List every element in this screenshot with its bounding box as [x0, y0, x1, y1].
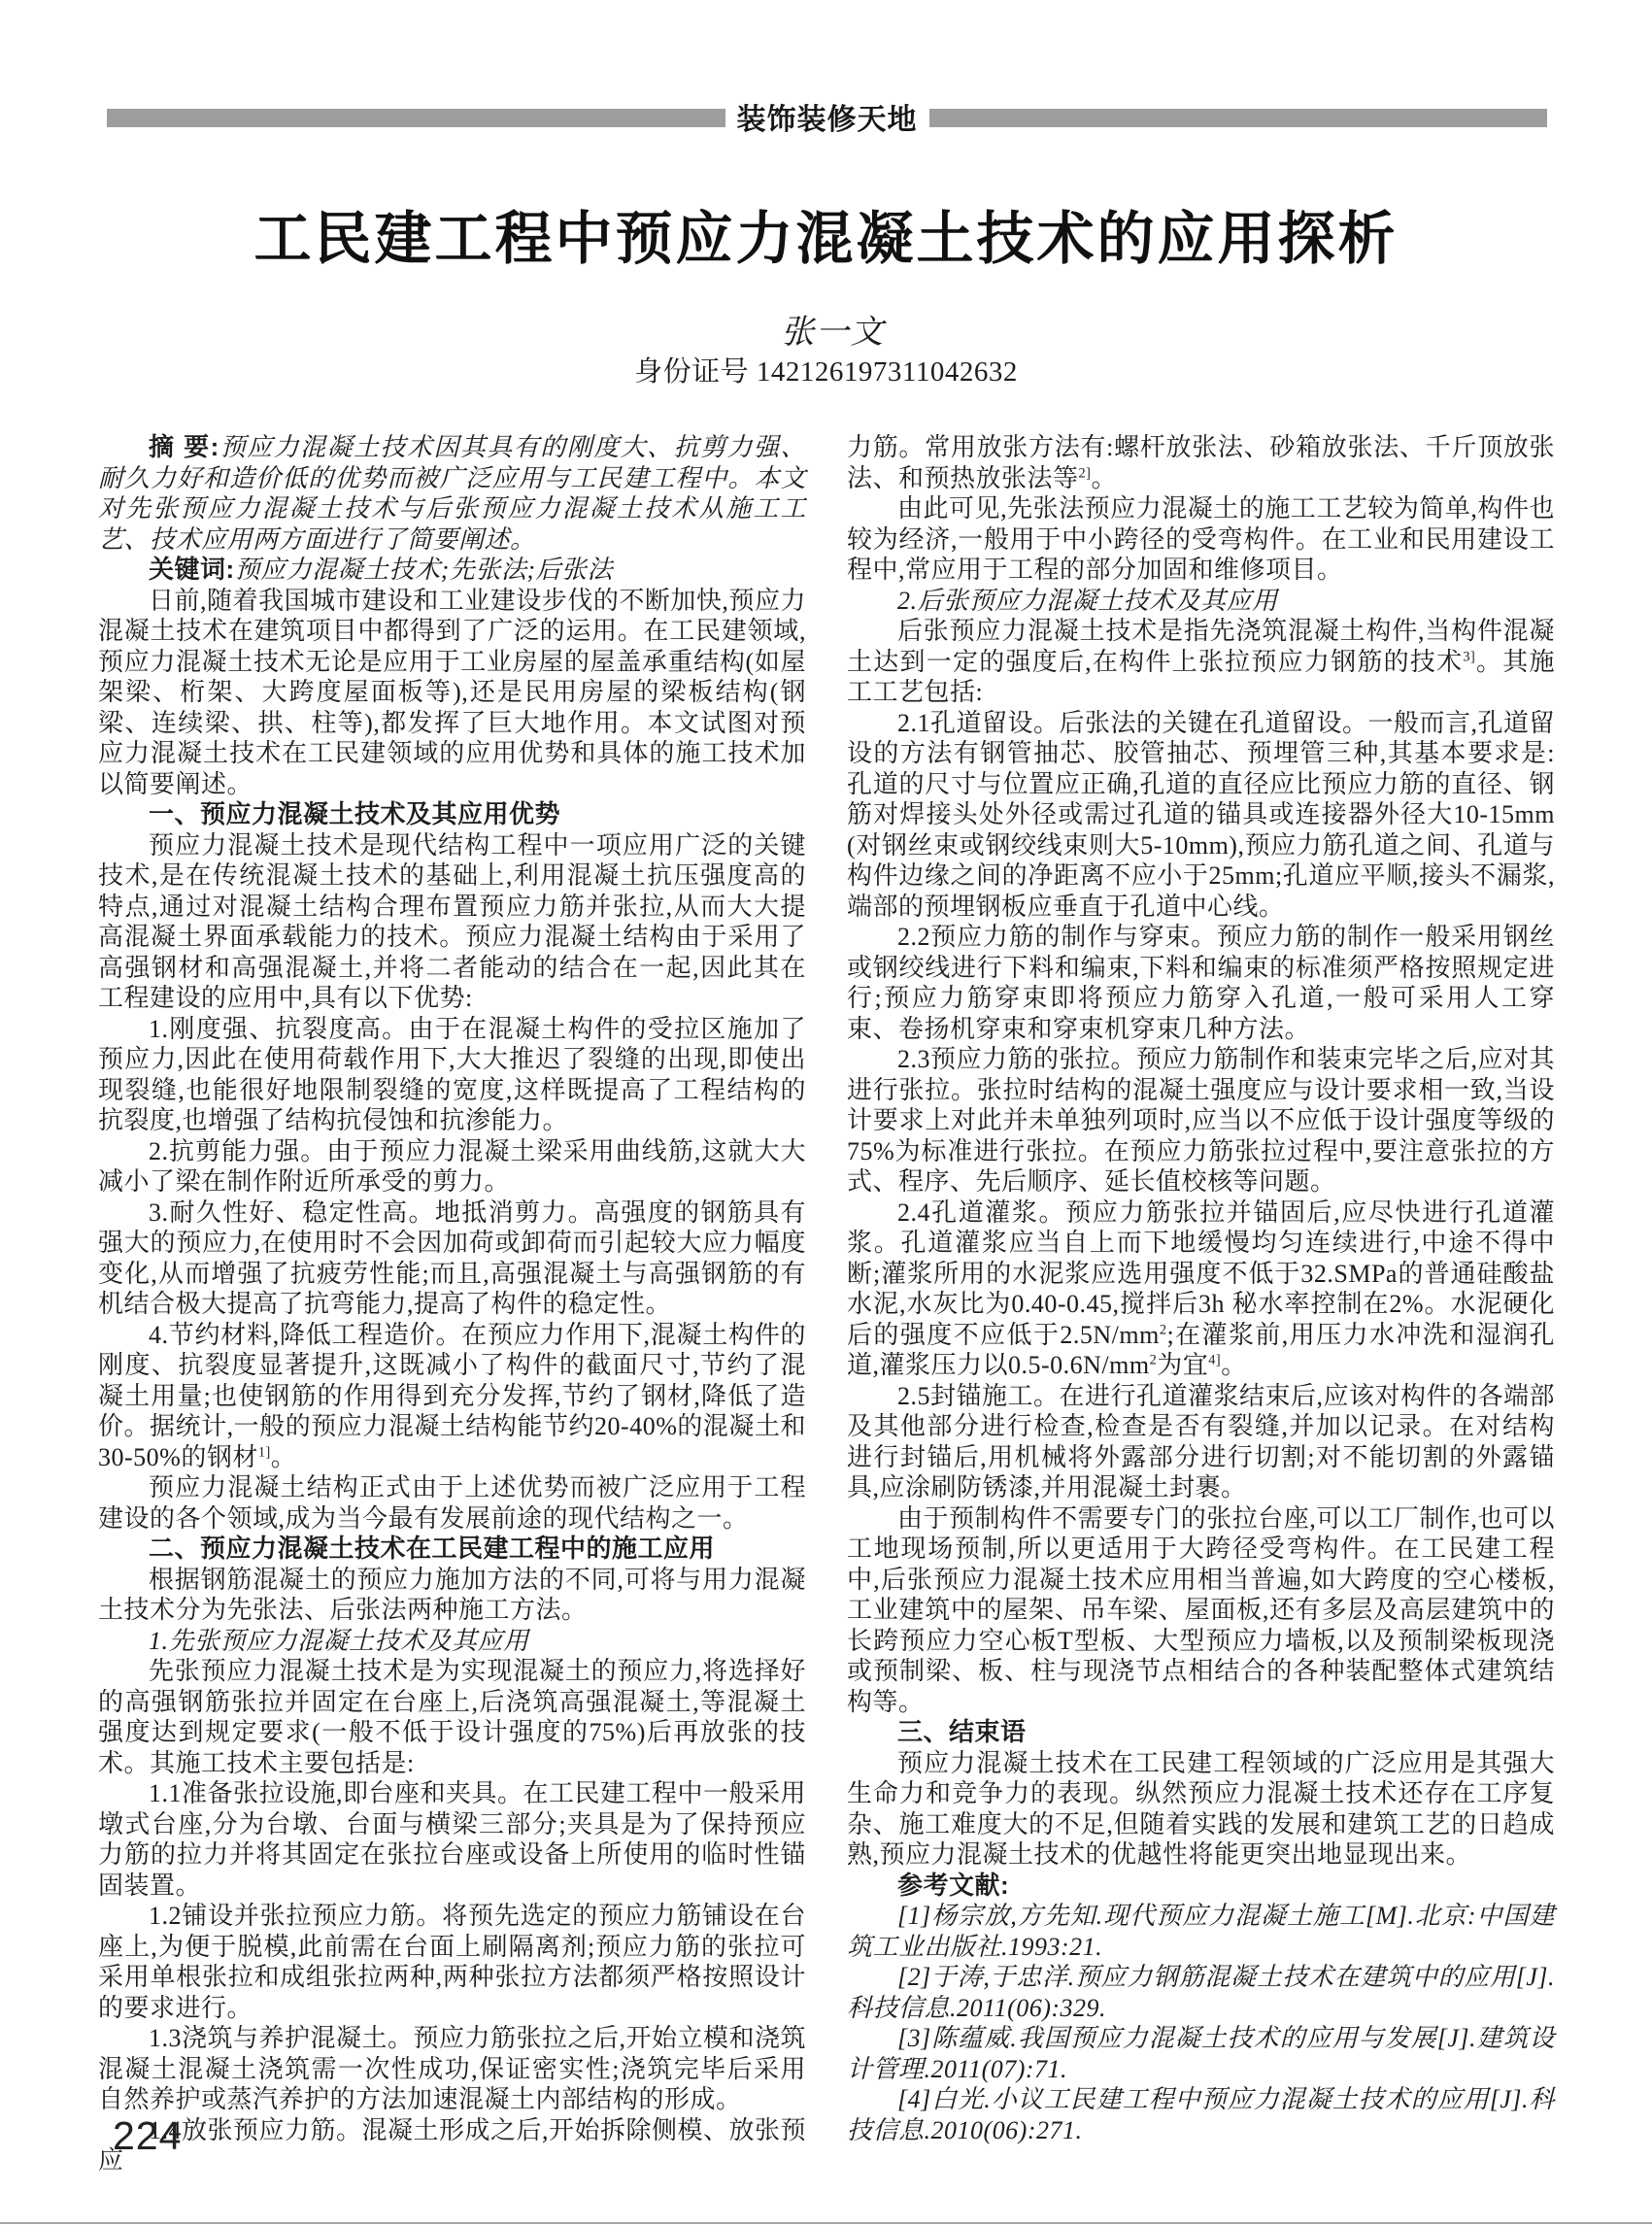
author-name: 张一文	[0, 305, 1652, 353]
article-title: 工民建工程中预应力混凝土技术的应用探析	[0, 192, 1652, 275]
paragraph: 2.4孔道灌浆。预应力筋张拉并锚固后,应尽快进行孔道灌浆。孔道灌浆应当自上而下地…	[847, 1197, 1555, 1381]
abstract-label: 摘 要:	[149, 432, 219, 461]
section-heading-3: 三、结束语	[847, 1717, 1555, 1748]
continuation-paragraph: 力筋。常用放张方法有:螺杆放张法、砂箱放张法、千斤顶放张法、和预热放张法等2]。	[847, 432, 1555, 493]
paragraph: 日前,随着我国城市建设和工业建设步伐的不断加快,预应力混凝土技术在建筑项目中都得…	[98, 586, 806, 800]
sub-section-heading: 2.后张预应力混凝土技术及其应用	[847, 586, 1555, 617]
sub-section-heading: 1.先张预应力混凝土技术及其应用	[98, 1626, 806, 1657]
journal-section-title: 装饰装修天地	[725, 95, 929, 138]
paragraph: 后张预应力混凝土技术是指先浇筑混凝土构件,当构件混凝土达到一定的强度后,在构件上…	[847, 616, 1555, 708]
reference-item: [1]杨宗放,方先知.现代预应力混凝土施工[M].北京:中国建筑工业出版社.19…	[847, 1901, 1555, 1962]
keywords-text: 预应力混凝土技术;先张法;后张法	[235, 556, 613, 584]
paragraph: 2.5封锚施工。在进行孔道灌浆结束后,应该对构件的各端部及其他部分进行检查,检查…	[847, 1381, 1555, 1503]
page-number: 224	[113, 2113, 182, 2159]
reference-item: [2]于涛,于忠洋.预应力钢筋混凝土技术在建筑中的应用[J].科技信息.2011…	[847, 1962, 1555, 2023]
paragraph: 3.耐久性好、稳定性高。地抵消剪力。高强度的钢筋具有强大的预应力,在使用时不会因…	[98, 1197, 806, 1320]
paragraph: 根据钢筋混凝土的预应力施加方法的不同,可将与用力混凝土技术分为先张法、后张法两种…	[98, 1565, 806, 1626]
paragraph: 1.刚度强、抗裂度高。由于在混凝土构件的受拉区施加了预应力,因此在使用荷载作用下…	[98, 1014, 806, 1136]
paragraph: 先张预应力混凝土技术是为实现混凝土的预应力,将选择好的高强钢筋张拉并固定在台座上…	[98, 1656, 806, 1778]
paragraph: 由此可见,先张法预应力混凝土的施工工艺较为简单,构件也较为经济,一般用于中小跨径…	[847, 493, 1555, 586]
paragraph: 预应力混凝土结构正式由于上述优势而被广泛应用于工程建设的各个领域,成为当今最有发…	[98, 1472, 806, 1534]
abstract-paragraph: 摘 要:预应力混凝土技术因其具有的刚度大、抗剪力强、耐久力好和造价低的优势而被广…	[98, 432, 806, 555]
journal-page: 装饰装修天地 工民建工程中预应力混凝土技术的应用探析 张一文 身份证号 1421…	[0, 0, 1652, 2226]
author-id-line: 身份证号 142126197311042632	[0, 350, 1652, 389]
keywords-paragraph: 关键词:预应力混凝土技术;先张法;后张法	[98, 555, 806, 586]
bottom-rule	[0, 2222, 1652, 2224]
paragraph: 2.3预应力筋的张拉。预应力筋制作和装束完毕之后,应对其进行张拉。张拉时结构的混…	[847, 1044, 1555, 1197]
right-column: 力筋。常用放张方法有:螺杆放张法、砂箱放张法、千斤顶放张法、和预热放张法等2]。…	[847, 432, 1555, 2176]
left-column: 摘 要:预应力混凝土技术因其具有的刚度大、抗剪力强、耐久力好和造价低的优势而被广…	[98, 432, 806, 2176]
paragraph: 由于预制构件不需要专门的张拉台座,可以工厂制作,也可以工地现场预制,所以更适用于…	[847, 1503, 1555, 1718]
paragraph: 1.2铺设并张拉预应力筋。将预先选定的预应力筋铺设在台座上,为便于脱模,此前需在…	[98, 1901, 806, 2023]
paragraph: 4.节约材料,降低工程造价。在预应力作用下,混凝土构件的刚度、抗裂度显著提升,这…	[98, 1320, 806, 1473]
two-column-body: 摘 要:预应力混凝土技术因其具有的刚度大、抗剪力强、耐久力好和造价低的优势而被广…	[98, 432, 1555, 2176]
reference-item: [3]陈蕴威.我国预应力混凝土技术的应用与发展[J].建筑设计管理.2011(0…	[847, 2023, 1555, 2084]
paragraph: 1.4放张预应力筋。混凝土形成之后,开始拆除侧模、放张预应	[98, 2115, 806, 2176]
keywords-label: 关键词:	[149, 555, 235, 584]
references-heading: 参考文献:	[847, 1871, 1555, 1902]
section-heading-1: 一、预应力混凝土技术及其应用优势	[98, 799, 806, 830]
paragraph: 2.抗剪能力强。由于预应力混凝土梁采用曲线筋,这就大大减小了梁在制作附近所承受的…	[98, 1136, 806, 1197]
section-heading-2: 二、预应力混凝土技术在工民建工程中的施工应用	[98, 1534, 806, 1565]
paragraph: 预应力混凝土技术在工民建工程领域的广泛应用是其强大生命力和竞争力的表现。纵然预应…	[847, 1748, 1555, 1871]
paragraph: 1.1准备张拉设施,即台座和夹具。在工民建工程中一般采用墩式台座,分为台墩、台面…	[98, 1778, 806, 1901]
reference-item: [4]白光.小议工民建工程中预应力混凝土技术的应用[J].科技信息.2010(0…	[847, 2084, 1555, 2145]
paragraph: 2.2预应力筋的制作与穿束。预应力筋的制作一般采用钢丝或钢绞线进行下料和编束,下…	[847, 922, 1555, 1044]
paragraph: 预应力混凝土技术是现代结构工程中一项应用广泛的关键技术,是在传统混凝土技术的基础…	[98, 830, 806, 1014]
paragraph: 1.3浇筑与养护混凝土。预应力筋张拉之后,开始立模和浇筑混凝土混凝土浇筑需一次性…	[98, 2023, 806, 2115]
paragraph: 2.1孔道留设。后张法的关键在孔道留设。一般而言,孔道留设的方法有钢管抽芯、胶管…	[847, 708, 1555, 923]
journal-section-band: 装饰装修天地	[107, 109, 1547, 127]
